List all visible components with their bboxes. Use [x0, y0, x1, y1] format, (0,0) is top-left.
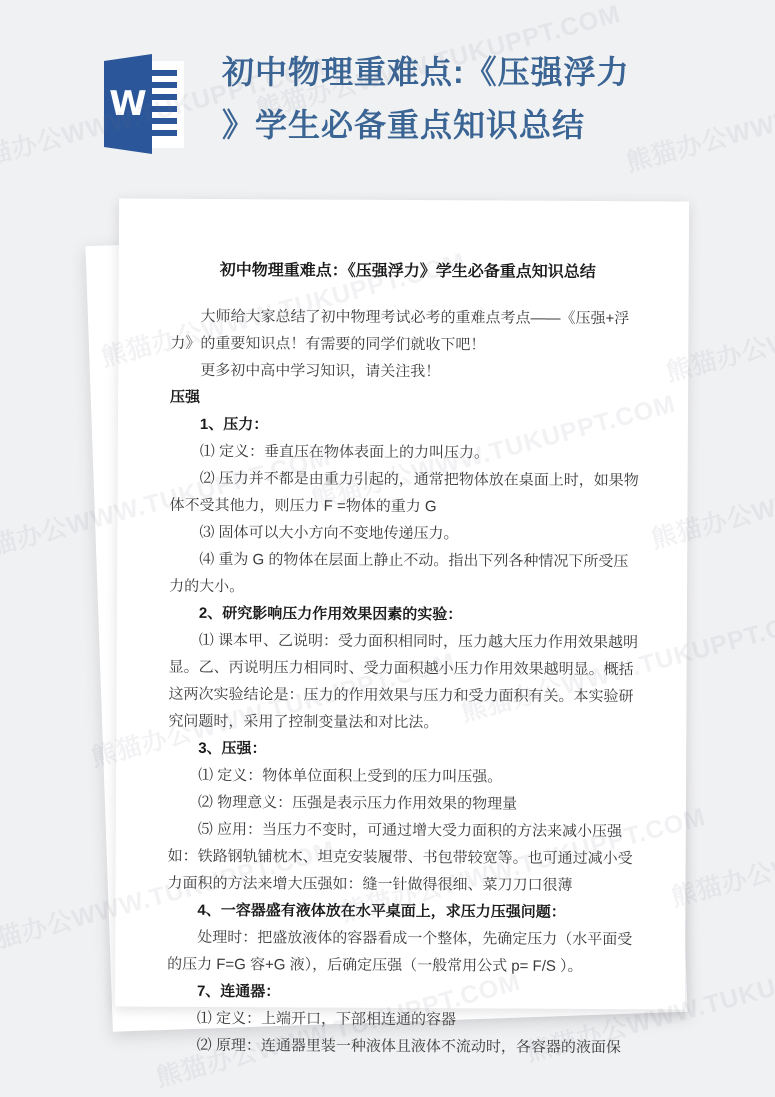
doc-paragraph: 1、压力：	[170, 411, 644, 440]
doc-paragraph: 更多初中高中学习知识，请关注我！	[170, 357, 644, 386]
doc-paragraph: ⑴ 课本甲、乙说明：受力面积相同时，压力越大压力作用效果越明显。乙、丙说明压力相…	[168, 627, 643, 737]
doc-paragraph: ⑵ 原理：连通器里装一种液体且液体不流动时，各容器的液面保	[167, 1032, 641, 1061]
page-title-line-2: 》学生必备重点知识总结	[222, 99, 672, 152]
doc-paragraph: ⑶ 固体可以大小方向不变地传递压力。	[169, 519, 643, 548]
doc-paragraph: 压强	[170, 384, 644, 413]
doc-paragraph: ⑵ 压力并不都是由重力引起的，通常把物体放在桌面上时，如果物体不受其他力，则压力…	[169, 465, 643, 521]
paper-sheet-main: 初中物理重难点：《压强浮力》学生必备重点知识总结大师给大家总结了初中物理考试必考…	[115, 199, 689, 1010]
page-title-line-1: 初中物理重难点:《压强浮力	[222, 46, 672, 99]
word-icon-w-panel: W	[104, 54, 152, 154]
doc-paragraph: 大师给大家总结了初中物理考试必考的重难点考点——《压强+浮力》的重要知识点！有需…	[170, 303, 644, 359]
doc-paragraph: ⑸ 应用：当压力不变时，可通过增大受力面积的方法来减小压强如：铁路钢轨铺枕木、坦…	[167, 816, 641, 899]
doc-paragraph: 处理时：把盛放液体的容器看成一个整体，先确定压力（水平面受的压力 F=G 容+G…	[167, 924, 641, 980]
doc-paragraph: ⑵ 物理意义：压强是表示压力作用效果的物理量	[168, 789, 642, 818]
doc-paragraph: ⑴ 定义：垂直压在物体表面上的力叫压力。	[170, 438, 644, 467]
doc-paragraph: 2、研究影响压力作用效果因素的实验：	[169, 600, 643, 629]
doc-paragraph: ⑴ 定义：上端开口，下部相连通的容器	[167, 1005, 641, 1034]
word-icon-letter: W	[109, 84, 147, 124]
doc-paragraph: 4、一容器盛有液体放在水平桌面上，求压力压强问题：	[167, 897, 641, 926]
doc-paragraph: ⑴ 定义：物体单位面积上受到的压力叫压强。	[168, 762, 642, 791]
document-content: 初中物理重难点：《压强浮力》学生必备重点知识总结大师给大家总结了初中物理考试必考…	[115, 199, 689, 1062]
doc-paragraph: ⑷ 重为 G 的物体在层面上静止不动。指出下列各种情况下所受压力的大小。	[169, 546, 643, 602]
doc-paragraph: 初中物理重难点：《压强浮力》学生必备重点知识总结	[171, 257, 645, 286]
word-file-icon: W	[104, 54, 184, 154]
page-background: W 初中物理重难点:《压强浮力 》学生必备重点知识总结 初中物理重难点：《压强浮…	[0, 0, 775, 1097]
page-title: 初中物理重难点:《压强浮力 》学生必备重点知识总结	[222, 46, 672, 152]
doc-paragraph: 3、压强：	[168, 735, 642, 764]
doc-paragraph: 7、连通器：	[167, 978, 641, 1007]
